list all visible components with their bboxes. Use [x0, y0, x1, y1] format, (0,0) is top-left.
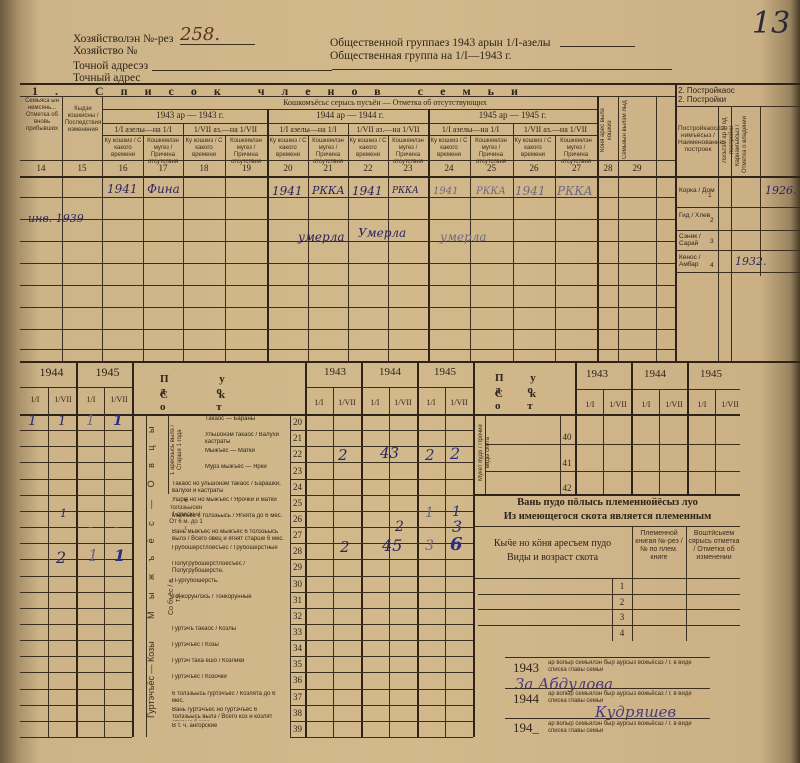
pedigree-row-num: 2 [612, 597, 632, 607]
period: 1/I [22, 395, 48, 404]
section2-title-komi: 2. Постройкаос [678, 87, 735, 94]
livestock-row-num: 34 [290, 643, 305, 653]
pedigree-title-komi: Вань пудо пӧлысь племеннойёсыз луо [475, 497, 740, 508]
mid-year-1945: 1945 [420, 368, 470, 377]
goats-group-label: Гуртэчъёс — Козы [148, 625, 164, 735]
ls-entry: – [88, 522, 93, 533]
col-num: 19 [225, 163, 268, 173]
period: 1/I [688, 400, 716, 409]
ls-entry: 6 [450, 534, 463, 555]
ls-entry: 2 [338, 446, 348, 464]
col16-header: Ку кошкиз / С какого времени [104, 138, 142, 159]
building-num: 4 [710, 262, 714, 269]
livestock-row-num: 20 [290, 417, 305, 427]
ls-entry: 2 [425, 446, 435, 464]
col21-header: Кошкемлэн мугез / Причина отсутствия [309, 138, 347, 166]
c25-entry: РККА [476, 186, 506, 197]
subgroup-older-1y: 1 арескысь вылэ / Старше 1 года [170, 420, 190, 480]
livestock-row-num: 35 [290, 659, 305, 669]
livestock-row-num: 28 [290, 546, 305, 556]
household-register-page: Хозяйстволэн №-рез 258. Хозяйство № Точн… [0, 0, 800, 763]
ls-entry: 1 [114, 546, 125, 565]
household-no-value: 258. [180, 24, 220, 45]
col14-header: Семьяса ын немсянь... Отметка об вновь п… [22, 98, 62, 133]
col15-header: Кыдзи кошкисны / Последствия изменения [64, 106, 102, 134]
livestock-row-num: 32 [290, 611, 305, 621]
ls-entry: 1 [88, 546, 98, 565]
livestock-row-label [172, 610, 287, 624]
ls-entry: 1 [425, 505, 434, 521]
group-label-komi: Общественной группаез 1943 арын 1/I-азел… [330, 37, 551, 50]
livestock-row-label: Вань мыжъёс но мыжъёс 6 толэзьысь вылэ /… [172, 529, 287, 543]
period-label: 1/VII аз.—на 1/VII [348, 125, 428, 134]
period: 1/VII [106, 395, 132, 404]
period-label: 1/VII аз.—на 1/VII [183, 125, 268, 134]
ls-entry: 2 [340, 538, 350, 556]
sig-text-194x: ар вопыр семьялэн быр аурсыз вожьёсаз / … [548, 721, 708, 735]
col23-header: Кошкемлэн мугез / Причина отсутствия [389, 138, 427, 166]
livestock-row-label: 6 толэзьысь гуртэчъёс / Козлята до 6 мес… [172, 691, 287, 705]
livestock-row-label: Грубошерстлоёсъёс / Грубошерстные [172, 545, 287, 559]
period: 1/I [306, 398, 332, 407]
sig-year-194x: 194_ [513, 720, 539, 736]
col-num: 28 [598, 163, 618, 173]
livestock-row-num: 30 [290, 579, 305, 589]
sig-year-1944: 1944 [513, 691, 539, 707]
pedigree-col2: Племенной книгая №-рез / № по плем. книг… [634, 530, 684, 562]
c22-entry: 1941 [352, 184, 383, 198]
period-label: 1/I азелы—на 1/I [428, 125, 513, 134]
mid-year-1943: 1943 [310, 368, 360, 377]
ls-entry: 2 [56, 548, 66, 567]
livestock-row-num: 31 [290, 595, 305, 605]
section2-title-ru: 2. Постройки [678, 96, 726, 103]
period: 1/VII [389, 398, 417, 407]
livestock-row-label: Мыжъёс — Матки [205, 448, 287, 462]
building-num: 3 [710, 238, 714, 245]
livestock-row-label: Гуртэчъёс / Козы [172, 642, 287, 656]
col28-header: Кӧня арес вылэ кошкиз [600, 100, 612, 160]
livestock-row-label: В т. ч. ангорские [172, 723, 287, 737]
col22-header: Ку кошкиз / С какого времени [349, 138, 387, 159]
period: 1/I [78, 395, 104, 404]
col-num: 25 [470, 163, 513, 173]
pedigree-col3: Воштӥськем сярысь отметка / Отметка об и… [688, 530, 740, 562]
livestock-header-ru: С к о т [160, 389, 285, 413]
livestock-row-label: Такаос — Бараны [205, 416, 287, 430]
ls-entry: 1 [28, 413, 37, 429]
livestock-row-label: Вань гуртэчъёс но гуртэчъёс 6 толэзьысь … [172, 707, 287, 721]
livestock-row-label: Гуртэчъёс / Козочки [172, 674, 287, 688]
col19-header: Кошкемлэн мугез / Причина отсутствия [226, 138, 266, 166]
ls-entry: 45 [382, 536, 402, 555]
period-label: 1/VII аз.—на 1/VII [513, 125, 598, 134]
c16-entry: 1941 [107, 182, 138, 196]
c27-entry: РККА [557, 184, 593, 198]
col-num: 15 [62, 163, 102, 173]
col-num: 20 [268, 163, 308, 173]
livestock-row-label: Тонкорунлэсь / Тонкорунные [172, 594, 287, 608]
page-number: 13 [752, 6, 790, 41]
ls-entry: 1 [60, 507, 67, 520]
pedigree-row-num: 4 [612, 628, 632, 638]
sig-year-1943: 1943 [513, 660, 539, 676]
col20-header: Ку кошкиз / С какого времени [269, 138, 307, 159]
livestock-row-num: 25 [290, 498, 305, 508]
livestock-row-label: Полугрубошерстлоёсъёс / Полугрубошерстн. [172, 561, 287, 575]
buildings-name-header: Постройкаослэн нимъёсыз / Наименование п… [678, 125, 718, 153]
household-no-label-ru: Хозяйство № [73, 45, 137, 58]
livestock-row-label: Гуртэчъ такаос / Козлы [172, 626, 287, 640]
col29-header: Семьяын вылэм лыд [622, 100, 652, 160]
buildings-note-header: Карнамъёсыз / Отметка о владении [735, 115, 757, 175]
col-num: 29 [618, 163, 656, 173]
period-label: 1/I азелы—на 1/I [103, 125, 183, 134]
col-num: 27 [555, 163, 598, 173]
mid-year-1944: 1944 [365, 368, 415, 377]
period: 1/VII [604, 400, 632, 409]
ls-entry: 3 [425, 538, 434, 554]
livestock-row-label: Ульшонэм такаос / Валухи кастраты [205, 432, 287, 446]
c23-entry: РККА [392, 186, 419, 196]
livestock-row-num: 37 [290, 692, 305, 702]
pedigree-col1-komi: Кыӵе но кӧня аресъем пудо [475, 537, 630, 550]
livestock-row-num: 26 [290, 514, 305, 524]
col-num: 14 [20, 163, 62, 173]
absence-header: Кошкомъёсьс серысь пусъён — Отметка об о… [230, 98, 540, 107]
pedigree-row-num: 1 [612, 581, 632, 591]
livestock-row-num: 39 [290, 724, 305, 734]
period-label: 1/I азелы—на 1/I [268, 125, 348, 134]
building-num: 2 [710, 217, 714, 224]
c22-r3-entry: Умерла [358, 226, 406, 240]
ls-entry: 1 [86, 413, 95, 429]
livestock-row-label: Такаос но ульшонэм такаос / Барашки, вал… [172, 481, 287, 495]
col24-header: Ку кошкиз / С какого времени [429, 138, 469, 159]
ls-entry: 1 [113, 413, 123, 429]
period: 1/VII [333, 398, 361, 407]
ls-entry: 43 [380, 444, 399, 462]
ls-year-1944: 1944 [40, 365, 64, 379]
livestock-row-num: 36 [290, 675, 305, 685]
col-num: 16 [103, 163, 143, 173]
period: 1/I [576, 400, 604, 409]
right-header-ru: С к о т [495, 388, 575, 412]
ls-entry: 2 [450, 444, 460, 463]
group-label-ru: Общественная группа на 1/I—1943 г. [330, 50, 512, 63]
livestock-row-num: 24 [290, 482, 305, 492]
period: 1/VII [660, 400, 688, 409]
col27-header: Кошкемлэн мугез / Причина отсутствия [555, 138, 597, 166]
c20-entry: 1941 [272, 184, 303, 198]
row-num: 41 [560, 458, 574, 468]
col-num: 21 [308, 163, 348, 173]
col26-header: Ку кошкиз / С какого времени [513, 138, 553, 159]
c24-entry: 1941 [433, 186, 458, 197]
sheep-group-label: М ы ж ъ ё с — О в ц ы [148, 420, 164, 620]
ls-entry: – [114, 522, 119, 533]
c21-entry: РККА [312, 184, 345, 197]
ls-year-1945: 1945 [96, 365, 120, 379]
col-num: 23 [388, 163, 428, 173]
period: 1/I [632, 400, 660, 409]
pedigree-title-ru: Из имеющегося скота является племенным [475, 511, 740, 522]
right-year-1944: 1944 [630, 370, 680, 379]
col-num: 22 [348, 163, 388, 173]
col-num: 26 [513, 163, 555, 173]
building-num: 1 [708, 192, 712, 199]
livestock-row-num: 38 [290, 708, 305, 718]
year-1944-label: 1944 ар — 1944 г. [270, 111, 430, 120]
other-livestock-label: Мукет пудо / Прочие виды скота [478, 418, 488, 488]
building-granary-year: 1932. [735, 255, 767, 268]
ls-entry: 2 [395, 519, 404, 535]
col-num: 24 [428, 163, 470, 173]
period: 1/VII [716, 400, 744, 409]
col25-header: Кошкемлэн мугез / Причина отсутствия [471, 138, 511, 166]
period: 1/I [362, 398, 388, 407]
row-num: 42 [560, 483, 574, 493]
livestock-row-label: Гуртэч таха ешо / Козлики [172, 658, 287, 672]
livestock-row-label: Ушры но но мыжъёс / Ярочки и матки [172, 497, 287, 511]
livestock-row-num: 23 [290, 466, 305, 476]
right-year-1943: 1943 [572, 370, 622, 379]
livestock-row-num: 33 [290, 627, 305, 637]
c21-r3-entry: умерла [298, 230, 345, 244]
period: 1/VII [50, 395, 76, 404]
livestock-row-label: П-ургубошерсть. [172, 578, 287, 592]
livestock-row-num: 22 [290, 449, 305, 459]
year-1945-label: 1945 ар — 1945 г. [430, 111, 595, 120]
livestock-row-num: 21 [290, 433, 305, 443]
sig-text-1943: ар вопыр семьялэн быр аурсыз вожьёсаз / … [548, 660, 708, 674]
col18-header: Ку кошкиз / С какого времени [184, 138, 224, 159]
c25-r3-entry: умерла [440, 230, 487, 244]
right-year-1945: 1945 [686, 370, 736, 379]
ls-entry: 1 [58, 414, 66, 429]
c26-entry: 1941 [515, 184, 546, 198]
col-num: 17 [143, 163, 183, 173]
year-1943-label: 1943 ар — 1943 г. [110, 111, 270, 120]
livestock-row-label: Мурэ мыжъёс — Ярки [205, 464, 287, 478]
pedigree-row-num: 3 [612, 612, 632, 622]
col-num: 18 [183, 163, 225, 173]
period: 1/I [418, 398, 444, 407]
pedigree-col1-ru: Виды и возраст скота [475, 551, 630, 564]
col14-entry: инв. 1939 [28, 212, 84, 225]
livestock-row-num: 27 [290, 530, 305, 540]
building-house-year: 1926. [765, 184, 797, 197]
period: 1/VII [445, 398, 473, 407]
col17-header: Кошкемлэн мугез / Причина отсутствия [144, 138, 182, 166]
c17-entry: Фина [147, 182, 180, 196]
livestock-row-num: 29 [290, 562, 305, 572]
livestock-row-label: Мыжъёс 6 толэзьысь / Ягнята до 6 мес. [172, 513, 287, 527]
row-num: 40 [560, 432, 574, 442]
